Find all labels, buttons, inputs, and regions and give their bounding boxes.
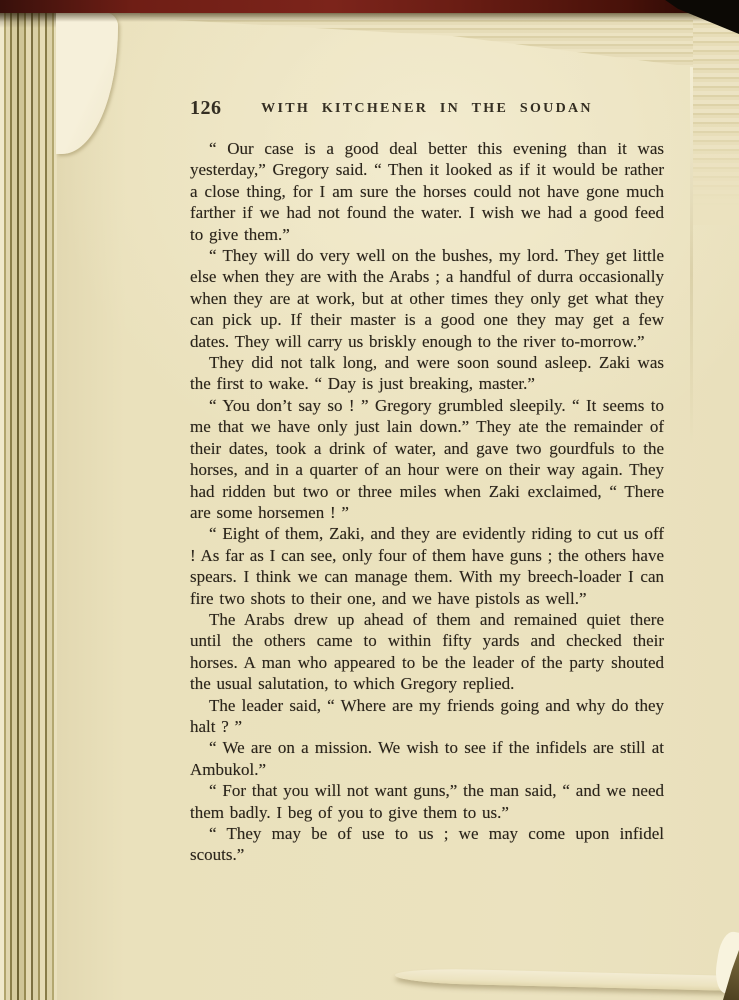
page-number: 126	[190, 97, 222, 120]
paragraph-4: “ You don’t say so ! ” Gregory grumbled …	[190, 395, 664, 523]
paragraph-10: “ They may be of use to us ; we may come…	[190, 823, 664, 866]
paragraph-9: “ For that you will not want guns,” the …	[190, 780, 664, 823]
paragraph-1: “ Our case is a good deal better this ev…	[190, 138, 664, 245]
text-column: “ Our case is a good deal better this ev…	[190, 138, 664, 866]
paragraph-6: The Arabs drew up ahead of them and rema…	[190, 609, 664, 695]
paragraph-8: “ We are on a mission. We wish to see if…	[190, 737, 664, 780]
paragraph-3: They did not talk long, and were soon so…	[190, 352, 664, 395]
paragraph-7: The leader said, “ Where are my friends …	[190, 695, 664, 738]
right-page-stack-edges	[693, 10, 739, 225]
left-page-stack-edges	[0, 0, 58, 1000]
running-title: WITH KITCHENER IN THE SOUDAN	[190, 97, 664, 117]
page-header: 126 WITH KITCHENER IN THE SOUDAN	[190, 97, 664, 123]
torn-paper-chip	[56, 12, 118, 154]
book-page: 126 WITH KITCHENER IN THE SOUDAN “ Our c…	[57, 10, 739, 1000]
book-photograph: 126 WITH KITCHENER IN THE SOUDAN “ Our c…	[0, 0, 739, 1000]
paragraph-5: “ Eight of them, Zaki, and they are evid…	[190, 523, 664, 609]
book-cover-top-edge	[0, 0, 739, 13]
paragraph-2: “ They will do very well on the bushes, …	[190, 245, 664, 352]
